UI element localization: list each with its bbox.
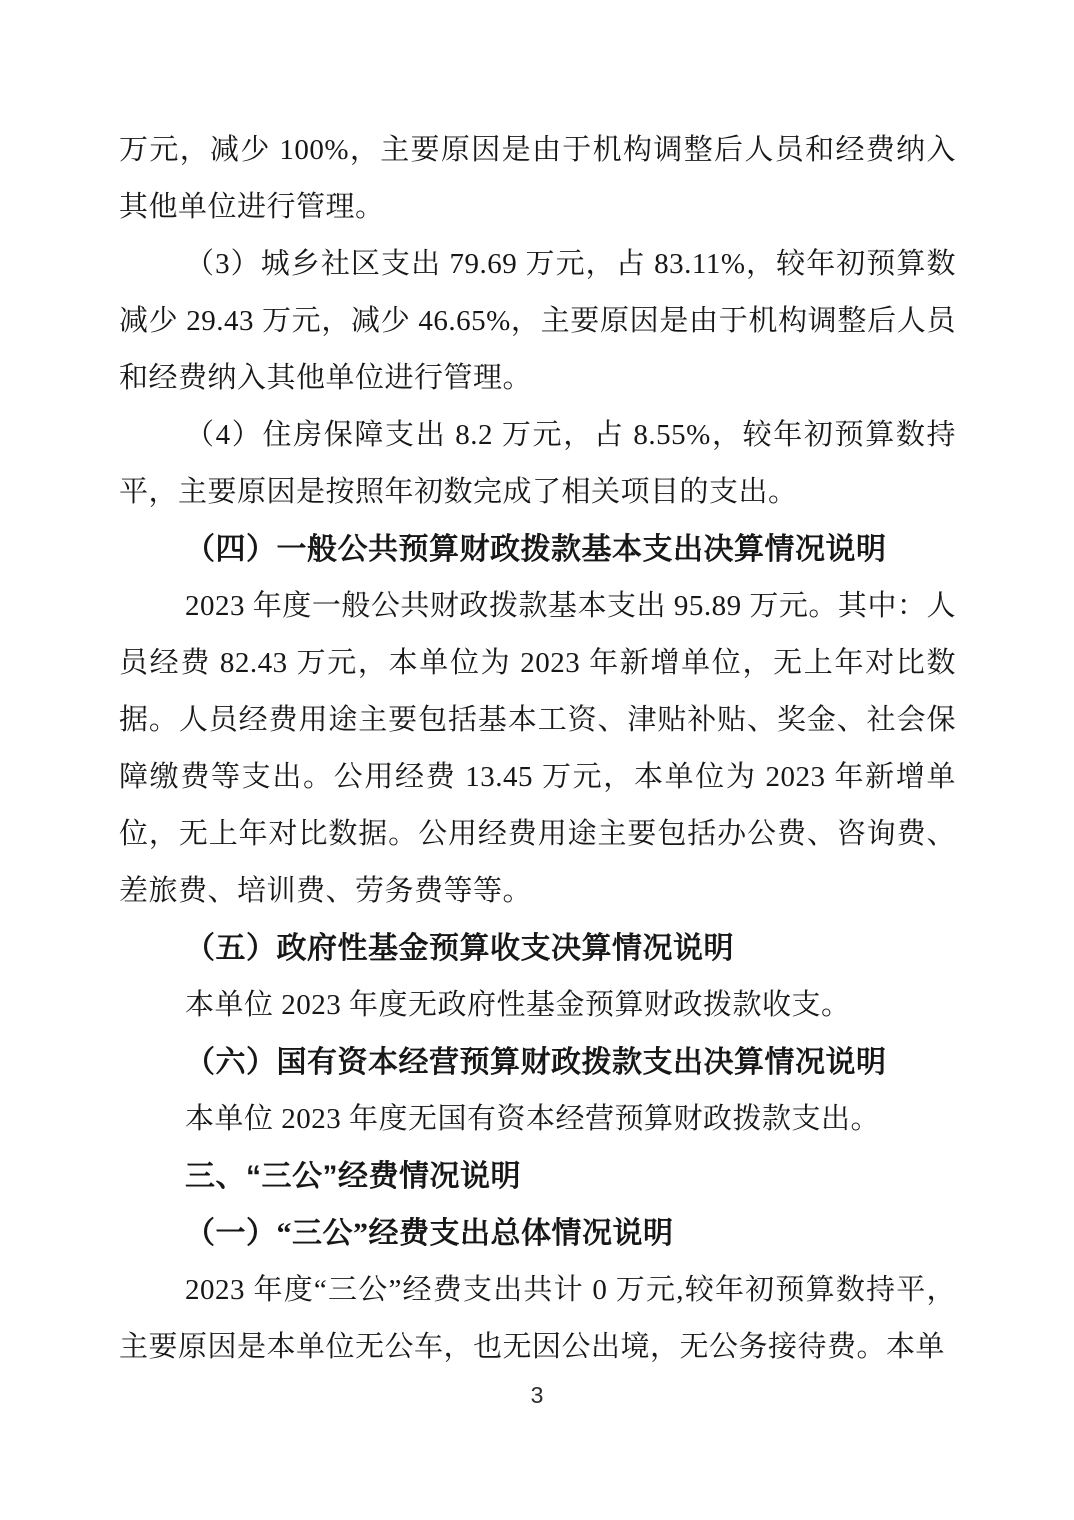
paragraph-government-fund-budget: 本单位 2023 年度无政府性基金预算财政拨款收支。 (119, 977, 956, 1034)
paragraph-continuation: 万元，减少 100%，主要原因是由于机构调整后人员和经费纳入其他单位进行管理。 (119, 122, 956, 236)
paragraph-item-4-housing-security-expenditure: （4）住房保障支出 8.2 万元，占 8.55%，较年初预算数持平，主要原因是按… (119, 407, 956, 521)
page-number: 3 (0, 1381, 1074, 1409)
paragraph-item-3-urban-community-expenditure: （3）城乡社区支出 79.69 万元，占 83.11%，较年初预算数减少 29.… (119, 236, 956, 407)
paragraph-basic-expenditure-detail: 2023 年度一般公共财政拨款基本支出 95.89 万元。其中：人员经费 82.… (119, 578, 956, 920)
section-heading-6-state-capital-budget: （六）国有资本经营预算财政拨款支出决算情况说明 (119, 1034, 956, 1091)
section-heading-5-government-fund-budget: （五）政府性基金预算收支决算情况说明 (119, 920, 956, 977)
section-heading-1-three-public-overall: （一）“三公”经费支出总体情况说明 (119, 1205, 956, 1262)
section-heading-4-basic-expenditure: （四）一般公共预算财政拨款基本支出决算情况说明 (119, 521, 956, 578)
paragraph-state-capital-budget: 本单位 2023 年度无国有资本经营预算财政拨款支出。 (119, 1091, 956, 1148)
paragraph-three-public-expenditure: 2023 年度“三公”经费支出共计 0 万元,较年初预算数持平，主要原因是本单位… (119, 1262, 956, 1376)
document-body: 万元，减少 100%，主要原因是由于机构调整后人员和经费纳入其他单位进行管理。 … (119, 122, 956, 1376)
chapter-heading-3-three-public-funds: 三、“三公”经费情况说明 (119, 1148, 956, 1205)
document-page: 万元，减少 100%，主要原因是由于机构调整后人员和经费纳入其他单位进行管理。 … (0, 0, 1074, 1520)
